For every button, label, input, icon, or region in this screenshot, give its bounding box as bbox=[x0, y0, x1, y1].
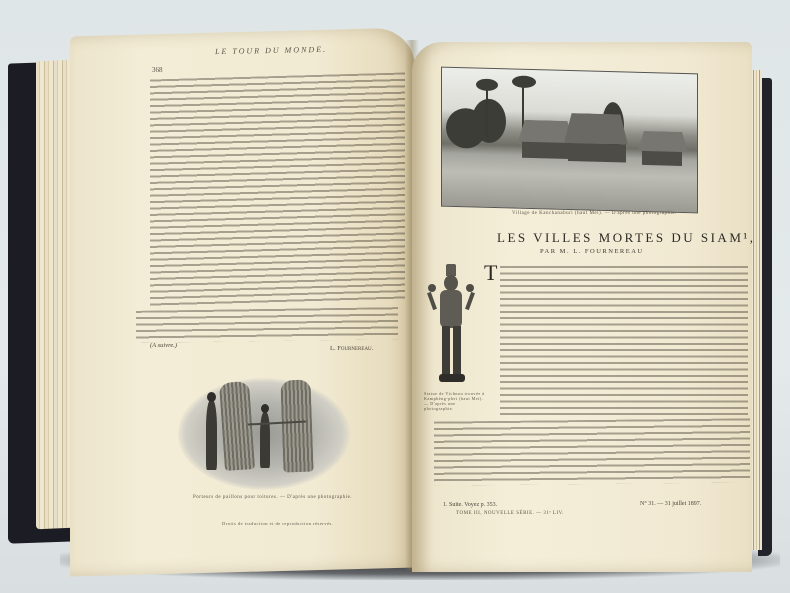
volume-line: TOME III, NOUVELLE SÉRIE. — 31ᵉ LIV. bbox=[456, 511, 564, 516]
village-caption: Village de Kanchanaburi (haut Meï). — D'… bbox=[512, 211, 677, 216]
statue-leg bbox=[442, 326, 450, 376]
hut bbox=[522, 142, 570, 159]
statue-leg bbox=[453, 326, 461, 376]
left-body-text bbox=[150, 72, 405, 307]
continued-note: (A suivre.) bbox=[150, 342, 177, 349]
hut bbox=[568, 143, 626, 163]
statue-torso bbox=[440, 290, 462, 328]
right-body-text-opening bbox=[500, 266, 748, 358]
article-byline: PAR M. L. FOURNEREAU bbox=[540, 248, 644, 255]
page-number: 368 bbox=[152, 66, 163, 74]
statue-hand bbox=[466, 284, 474, 292]
article-title: LES VILLES MORTES DU SIAM¹, bbox=[497, 230, 756, 246]
right-body-text-football bbox=[434, 418, 750, 485]
vishnu-statue-illustration bbox=[428, 262, 476, 390]
author-signature: L. Fournereau. bbox=[330, 345, 373, 352]
porters-illustration bbox=[178, 378, 350, 490]
statue-base bbox=[439, 374, 465, 382]
left-closing-paragraph bbox=[136, 307, 398, 343]
statue-arm bbox=[427, 292, 437, 310]
statue-hand bbox=[428, 284, 436, 292]
hut bbox=[642, 151, 682, 166]
tree bbox=[472, 98, 506, 143]
thatch-bundle bbox=[280, 380, 313, 473]
porter-head bbox=[261, 404, 269, 413]
statue-arm bbox=[465, 292, 475, 310]
rights-notice: Droits de traduction et de reproduction … bbox=[222, 521, 333, 526]
palm-crown bbox=[512, 75, 536, 88]
statue-head bbox=[444, 275, 458, 291]
porter-figure bbox=[206, 400, 217, 470]
porter-figure bbox=[260, 412, 270, 468]
drop-cap: T bbox=[484, 262, 497, 284]
thatch-bundle bbox=[219, 381, 255, 471]
palm-crown bbox=[476, 79, 498, 92]
porter-head bbox=[207, 392, 216, 402]
right-body-text-distractions bbox=[500, 362, 748, 418]
hut-roof bbox=[638, 131, 688, 152]
village-photograph bbox=[441, 67, 698, 214]
palm-trunk bbox=[486, 87, 488, 137]
issue-line: N° 31. — 31 juillet 1897. bbox=[640, 501, 701, 507]
footnote: 1. Suite. Voyez p. 353. bbox=[443, 502, 497, 508]
statue-caption: Statue de Vichnou trouvée à Kamphèng-phe… bbox=[424, 391, 486, 411]
left-illustration-caption: Porteurs de paillons pour toitures. — D'… bbox=[193, 495, 352, 500]
hut-roof bbox=[564, 113, 628, 145]
